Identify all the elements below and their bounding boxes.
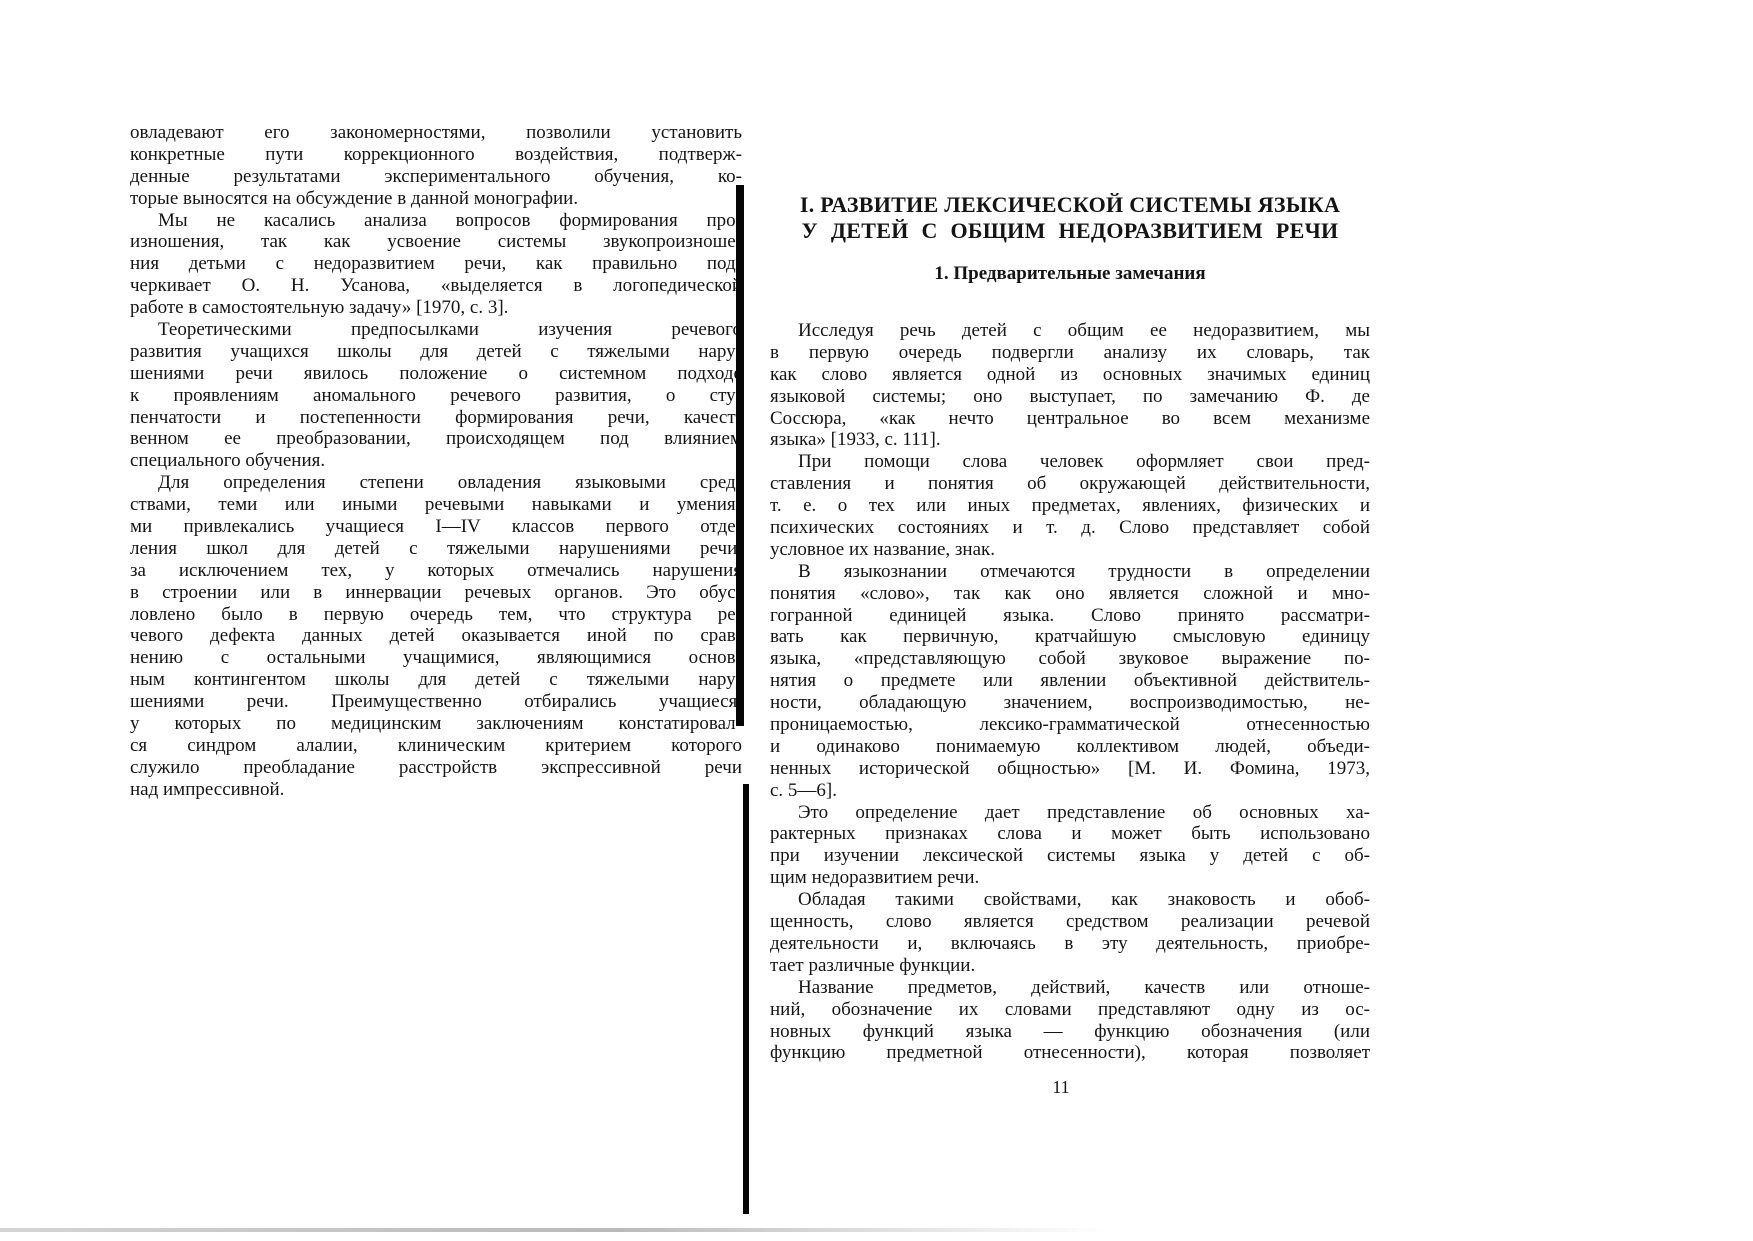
- text-line: в строении или в иннервации речевых орга…: [130, 582, 742, 604]
- text-line: щенность, слово является средством реали…: [770, 911, 1370, 933]
- text-line: В языкознании отмечаются трудности в опр…: [770, 561, 1370, 583]
- text-line: проницаемостью, лексико-грамматической о…: [770, 714, 1370, 736]
- text-line: ненных исторической общностью» [М. И. Фо…: [770, 758, 1370, 780]
- text-line: черкивает О. Н. Усанова, «выделяется в л…: [130, 275, 742, 297]
- text-line: тает различные функции.: [770, 955, 1370, 977]
- text-line: ловлено было в первую очередь тем, что с…: [130, 604, 742, 626]
- text-line: над импрессивной.: [130, 779, 742, 801]
- text-line: При помощи слова человек оформляет свои …: [770, 451, 1370, 473]
- text-line: новных функций языка — функцию обозначен…: [770, 1021, 1370, 1043]
- text-line: изношения, так как усвоение системы звук…: [130, 231, 742, 253]
- chapter-heading-line1: I. РАЗВИТИЕ ЛЕКСИЧЕСКОЙ СИСТЕМЫ ЯЗЫКА: [770, 192, 1370, 218]
- book-page-spread: овладевают его закономерностями, позволи…: [0, 0, 1753, 1241]
- text-line: и одинаково понимаемую коллективом людей…: [770, 736, 1370, 758]
- text-line: ставления и понятия об окружающей действ…: [770, 473, 1370, 495]
- text-line: нятия о предмете или явлении объективной…: [770, 670, 1370, 692]
- text-line: при изучении лексической системы языка у…: [770, 845, 1370, 867]
- text-line: пенчатости и постепенности формирования …: [130, 407, 742, 429]
- scan-bottom-edge: [0, 1228, 1108, 1232]
- text-line: ся синдром алалии, клиническим критерием…: [130, 735, 742, 757]
- text-line: языка, «представляющую собой звуковое вы…: [770, 648, 1370, 670]
- text-line: Исследуя речь детей с общим ее недоразви…: [770, 320, 1370, 342]
- text-line: шениями речи явилось положение о системн…: [130, 363, 742, 385]
- text-line: венном ее преобразовании, происходящем п…: [130, 428, 742, 450]
- text-line: функцию предметной отнесенности), котора…: [770, 1042, 1370, 1064]
- text-line: нению с остальными учащимися, являющимис…: [130, 647, 742, 669]
- text-line: с. 5—6].: [770, 780, 1370, 802]
- text-line: Соссюра, «как нечто центральное во всем …: [770, 408, 1370, 430]
- text-line: денные результатами экспериментального о…: [130, 166, 742, 188]
- text-line: щим недоразвитием речи.: [770, 867, 1370, 889]
- text-line: шениями речи. Преимущественно отбирались…: [130, 691, 742, 713]
- text-line: овладевают его закономерностями, позволи…: [130, 122, 742, 144]
- right-page-text-column: Исследуя речь детей с общим ее недоразви…: [770, 320, 1370, 1064]
- text-line: Теоретическими предпосылками изучения ре…: [130, 319, 742, 341]
- text-line: служило преобладание расстройств экспрес…: [130, 757, 742, 779]
- chapter-heading: I. РАЗВИТИЕ ЛЕКСИЧЕСКОЙ СИСТЕМЫ ЯЗЫКА У …: [770, 192, 1370, 244]
- text-line: условное их название, знак.: [770, 539, 1370, 561]
- text-line: рактерных признаках слова и может быть и…: [770, 823, 1370, 845]
- text-line: работе в самостоятельную задачу» [1970, …: [130, 297, 742, 319]
- binding-gutter-line-bottom: [743, 784, 749, 1214]
- text-line: ствами, теми или иными речевыми навыками…: [130, 494, 742, 516]
- left-page-text-column: овладевают его закономерностями, позволи…: [130, 122, 742, 801]
- text-line: ности, обладающую значением, воспроизвод…: [770, 692, 1370, 714]
- text-line: деятельности и, включаясь в эту деятельн…: [770, 933, 1370, 955]
- chapter-heading-line2: У ДЕТЕЙ С ОБЩИМ НЕДОРАЗВИТИЕМ РЕЧИ: [770, 218, 1370, 244]
- text-line: чевого дефекта данных детей оказывается …: [130, 625, 742, 647]
- text-line: ния детьми с недоразвитием речи, как пра…: [130, 253, 742, 275]
- text-line: Обладая такими свойствами, как знаковост…: [770, 889, 1370, 911]
- text-line: гогранной единицей языка. Слово принято …: [770, 605, 1370, 627]
- text-line: т. е. о тех или иных предметах, явлениях…: [770, 495, 1370, 517]
- text-line: Название предметов, действий, качеств ил…: [770, 977, 1370, 999]
- section-heading: 1. Предварительные замечания: [770, 262, 1370, 286]
- text-line: ний, обозначение их словами представляют…: [770, 999, 1370, 1021]
- text-line: языка» [1933, с. 111].: [770, 429, 1370, 451]
- text-line: понятия «слово», так как оно является сл…: [770, 583, 1370, 605]
- text-line: Это определение дает представление об ос…: [770, 802, 1370, 824]
- text-line: Мы не касались анализа вопросов формиров…: [130, 210, 742, 232]
- text-line: Для определения степени овладения языков…: [130, 472, 742, 494]
- text-line: торые выносятся на обсуждение в данной м…: [130, 188, 742, 210]
- text-line: конкретные пути коррекционного воздейств…: [130, 144, 742, 166]
- text-line: в первую очередь подвергли анализу их сл…: [770, 342, 1370, 364]
- text-line: за исключением тех, у которых отмечались…: [130, 560, 742, 582]
- text-line: у которых по медицинским заключениям кон…: [130, 713, 742, 735]
- text-line: ми привлекались учащиеся I—IV классов пе…: [130, 516, 742, 538]
- text-line: языковой системы; оно выступает, по заме…: [770, 386, 1370, 408]
- text-line: ления школ для детей с тяжелыми нарушени…: [130, 538, 742, 560]
- text-line: ным контингентом школы для детей с тяжел…: [130, 669, 742, 691]
- binding-gutter-line-top: [736, 185, 744, 726]
- text-line: психических состояниях и т. д. Слово пре…: [770, 517, 1370, 539]
- page-number: 11: [761, 1076, 1361, 1098]
- text-line: развития учащихся школы для детей с тяже…: [130, 341, 742, 363]
- text-line: специального обучения.: [130, 450, 742, 472]
- text-line: к проявлениям аномального речевого разви…: [130, 385, 742, 407]
- text-line: как слово является одной из основных зна…: [770, 364, 1370, 386]
- text-line: вать как первичную, кратчайшую смысловую…: [770, 626, 1370, 648]
